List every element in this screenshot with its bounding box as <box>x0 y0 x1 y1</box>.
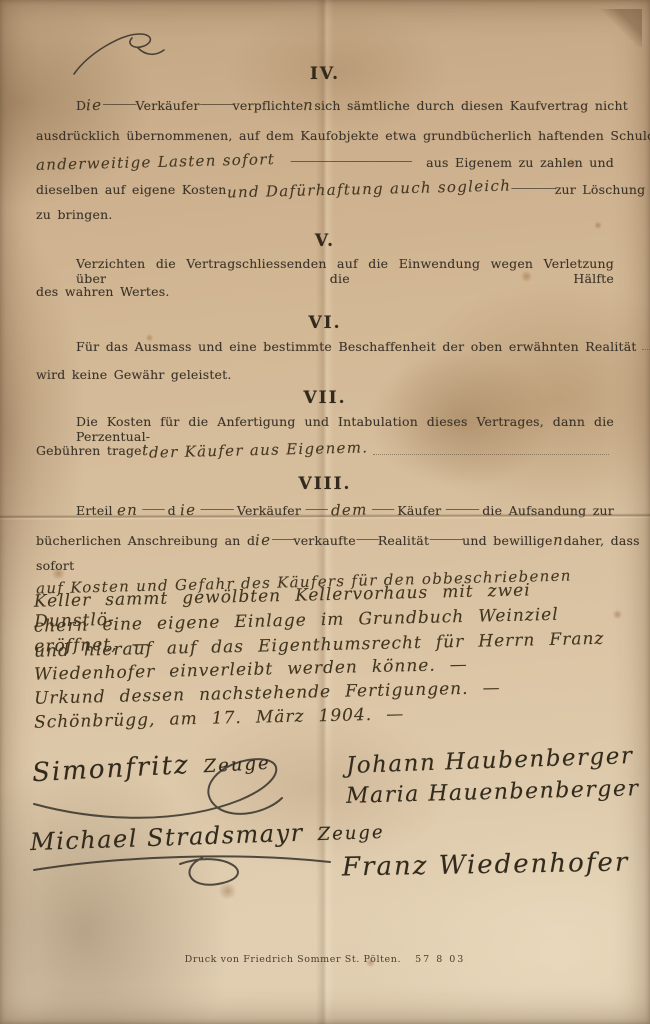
contract-line: Gebühren tragetder Käufer aus Eigenem. <box>36 441 614 459</box>
contract-line: dieselben auf eigene Kostenund Dafürhaft… <box>36 180 614 198</box>
handwritten-segment: ie <box>180 501 197 519</box>
printed-segment: sofort <box>36 558 74 573</box>
printer-imprint: Druck von Friedrich Sommer St. Pölten.57… <box>0 954 650 965</box>
signature-name: Maria Hauenbenberger <box>346 776 640 809</box>
contract-line: Für das Ausmass und eine bestimmte Besch… <box>76 339 614 354</box>
handwritten-segment: ie <box>255 531 272 549</box>
printed-segment: die Aufsandung zur <box>482 503 614 518</box>
contract-line: zu bringen. <box>36 207 614 222</box>
printed-segment: Verkäufer <box>237 503 301 518</box>
contract-line: Die———Verkäufer———verpflichtensich sämtl… <box>76 96 614 114</box>
fill-line: —— <box>371 501 393 516</box>
contract-line: bücherlichen Anschreibung an die——verkau… <box>36 531 614 549</box>
printed-segment: zu bringen. <box>36 207 113 222</box>
fill-line: ——— <box>429 531 462 546</box>
handwritten-segment: anderweitige Lasten sofort <box>36 150 275 174</box>
handwritten-segment: n <box>552 531 563 549</box>
signature-seller-2: Maria Hauenbenberger <box>346 776 640 809</box>
fill-line: ——— <box>200 501 233 516</box>
fill-line: ——————————— <box>290 153 411 168</box>
contract-line: Verzichten die Vertragschliessenden auf … <box>76 256 614 286</box>
scan-canvas: IV. Die———Verkäufer———verpflichtensich s… <box>0 0 650 1024</box>
fill-line <box>373 454 609 455</box>
printed-segment: ausdrücklich übernommenen, auf dem Kaufo… <box>36 128 650 143</box>
fill-line: —— <box>356 531 378 546</box>
witness-role-label: Zeuge <box>203 753 271 777</box>
corner-fold <box>596 9 642 47</box>
printed-segment: Käufer <box>397 503 441 518</box>
handwritten-segment: dem <box>331 501 368 520</box>
signature-buyer: Franz Wiedenhofer <box>342 847 630 882</box>
handwritten-segment: ie <box>86 96 103 114</box>
printed-segment: zur Löschung <box>555 182 646 197</box>
printed-segment: aus Eigenem zu zahlen und <box>426 155 614 170</box>
imprint-text: Druck von Friedrich Sommer St. Pölten. <box>185 954 401 965</box>
printed-segment: bücherlichen Anschreibung an d <box>36 533 255 548</box>
handwritten-segment: n <box>303 96 314 114</box>
handwritten-segment: und Dafürhaftung auch sogleich <box>226 177 511 202</box>
printed-segment: daher, dass <box>564 533 640 548</box>
fill-line: ——— <box>445 501 478 516</box>
printed-segment: des wahren Wertes. <box>36 284 170 299</box>
signature-seller-1: Johann Haubenberger <box>346 743 634 779</box>
printed-segment: verkaufte <box>293 533 355 548</box>
fill-line: —— <box>305 501 327 516</box>
signature-name: Johann Haubenberger <box>346 743 634 779</box>
printed-segment: D <box>76 98 86 113</box>
handwritten-segment: der Käufer aus Eigenem. <box>149 438 369 461</box>
contract-line: ausdrücklich übernommenen, auf dem Kaufo… <box>36 126 614 144</box>
witness-role-label: Zeuge <box>317 822 385 845</box>
section-heading-vii: VII. <box>0 388 650 408</box>
contract-line: wird keine Gewähr geleistet. <box>36 367 614 382</box>
section-heading-viii: VIII. <box>0 474 650 494</box>
signature-name: Simonfritz <box>31 750 190 788</box>
signature-name: Franz Wiedenhofer <box>342 847 630 882</box>
printed-segment: Für das Ausmass und eine bestimmte Besch… <box>76 339 637 354</box>
fill-line <box>642 349 650 350</box>
signature-witness-1: SimonfritzZeuge <box>31 746 271 788</box>
printed-segment: Gebühren trage <box>36 443 142 458</box>
fill-line: ——— <box>200 96 233 111</box>
printed-segment: Erteil <box>76 503 113 518</box>
printed-segment: Realität <box>378 533 429 548</box>
section-heading-v: V. <box>0 231 650 251</box>
printed-segment: wird keine Gewähr geleistet. <box>36 367 232 382</box>
handwritten-segment: en <box>116 501 138 520</box>
section-heading-vi: VI. <box>0 313 650 333</box>
fill-line: ——— <box>103 96 136 111</box>
imprint-code: 57 8 03 <box>415 954 465 965</box>
signature-name: Michael Stradsmayr <box>30 819 304 857</box>
fill-line: —— <box>142 501 164 516</box>
signature-witness-2: Michael StradsmayrZeuge <box>30 816 385 856</box>
printed-segment: und bewillige <box>462 533 552 548</box>
contract-line: Erteilen——die———Verkäufer——dem——Käufer——… <box>76 501 614 519</box>
contract-line: des wahren Wertes. <box>36 284 614 299</box>
printed-segment: Verzichten die Vertragschliessenden auf … <box>76 256 614 286</box>
printed-segment: verpflichte <box>233 98 304 113</box>
printed-segment: d <box>168 503 176 518</box>
fill-line: —— <box>271 531 293 546</box>
fill-line: ———— <box>511 180 555 195</box>
section-heading-iv: IV. <box>0 64 650 84</box>
document-paper: IV. Die———Verkäufer———verpflichtensich s… <box>0 0 650 1024</box>
printed-segment: Verkäufer <box>136 98 200 113</box>
printed-segment: dieselben auf eigene Kosten <box>36 182 227 197</box>
printed-segment: sich sämtliche durch diesen Kaufvertrag … <box>314 98 628 113</box>
contract-line: anderweitige Lasten sofort———————————aus… <box>36 153 614 171</box>
